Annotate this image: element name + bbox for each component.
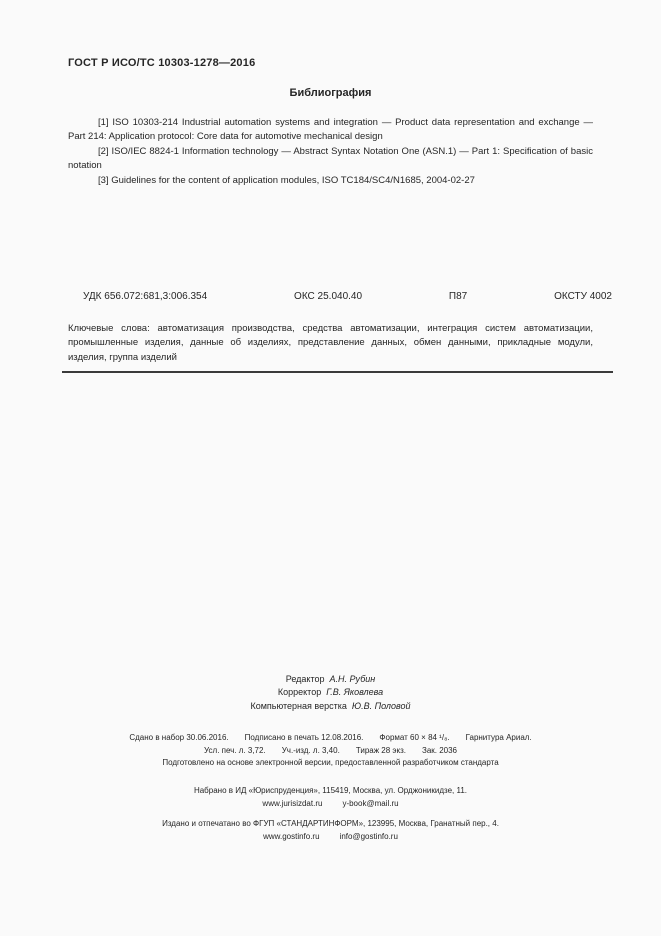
layout-label: Компьютерная верстка: [250, 701, 346, 711]
printer-contacts: www.gostinfo.ruinfo@gostinfo.ru: [0, 830, 661, 843]
classification-row: УДК 656.072:681,3:006.354 ОКС 25.040.40 …: [83, 291, 612, 302]
printer-website: www.gostinfo.ru: [263, 830, 319, 843]
layout-name: Ю.В. Половой: [352, 701, 411, 711]
colophon-circulation: Тираж 28 экз.: [356, 745, 406, 758]
publisher-contacts: www.jurisizdat.ruy-book@mail.ru: [0, 797, 661, 810]
colophon-block: Сдано в набор 30.06.2016.Подписано в печ…: [0, 732, 661, 770]
bibliography-list: [1] ISO 10303-214 Industrial automation …: [68, 116, 593, 188]
keywords-paragraph: Ключевые слова: автоматизация производст…: [68, 322, 593, 365]
credit-line-layout: Компьютерная верстка Ю.В. Половой: [0, 700, 661, 713]
colophon-typeface: Гарнитура Ариал.: [466, 732, 532, 745]
publisher-email: y-book@mail.ru: [342, 797, 398, 810]
bibliography-entry-1: [1] ISO 10303-214 Industrial automation …: [68, 116, 593, 145]
publisher-address: Набрано в ИД «Юриспруденция», 115419, Мо…: [0, 784, 661, 797]
printer-address: Издано и отпечатано во ФГУП «СТАНДАРТИНФ…: [0, 817, 661, 830]
publisher-block: Набрано в ИД «Юриспруденция», 115419, Мо…: [0, 784, 661, 810]
credits-block: Редактор А.Н. Рубин Корректор Г.В. Яковл…: [0, 673, 661, 713]
document-page: ГОСТ Р ИСО/ТС 10303-1278—2016 Библиограф…: [0, 0, 661, 936]
credit-line-editor: Редактор А.Н. Рубин: [0, 673, 661, 686]
section-title: Библиография: [0, 87, 661, 99]
colophon-line-3: Подготовлено на основе электронной верси…: [0, 757, 661, 770]
bibliography-entry-2: [2] ISO/IEC 8824-1 Information technolog…: [68, 145, 593, 174]
colophon-format: Формат 60 × 84 ¹/₈.: [379, 732, 449, 745]
doc-code: ГОСТ Р ИСО/ТС 10303-1278—2016: [68, 57, 255, 69]
horizontal-rule: [62, 371, 613, 373]
colophon-set-date: Сдано в набор 30.06.2016.: [129, 732, 228, 745]
colophon-pub-sheets: Уч.-изд. л. 3,40.: [282, 745, 340, 758]
corrector-label: Корректор: [278, 687, 321, 697]
publisher-website: www.jurisizdat.ru: [262, 797, 322, 810]
colophon-order-number: Зак. 2036: [422, 745, 457, 758]
bibliography-entry-3: [3] Guidelines for the content of applic…: [68, 174, 593, 188]
oks-code: ОКС 25.040.40: [294, 291, 362, 302]
credit-line-corrector: Корректор Г.В. Яковлева: [0, 686, 661, 699]
p-code: П87: [449, 291, 467, 302]
colophon-line-1: Сдано в набор 30.06.2016.Подписано в печ…: [0, 732, 661, 745]
colophon-print-date: Подписано в печать 12.08.2016.: [245, 732, 364, 745]
editor-label: Редактор: [286, 674, 325, 684]
printer-block: Издано и отпечатано во ФГУП «СТАНДАРТИНФ…: [0, 817, 661, 843]
corrector-name: Г.В. Яковлева: [326, 687, 383, 697]
udk-code: УДК 656.072:681,3:006.354: [83, 291, 207, 302]
printer-email: info@gostinfo.ru: [340, 830, 398, 843]
colophon-line-2: Усл. печ. л. 3,72.Уч.-изд. л. 3,40.Тираж…: [0, 745, 661, 758]
okstu-code: ОКСТУ 4002: [554, 291, 612, 302]
editor-name: А.Н. Рубин: [330, 674, 376, 684]
colophon-print-sheets: Усл. печ. л. 3,72.: [204, 745, 266, 758]
